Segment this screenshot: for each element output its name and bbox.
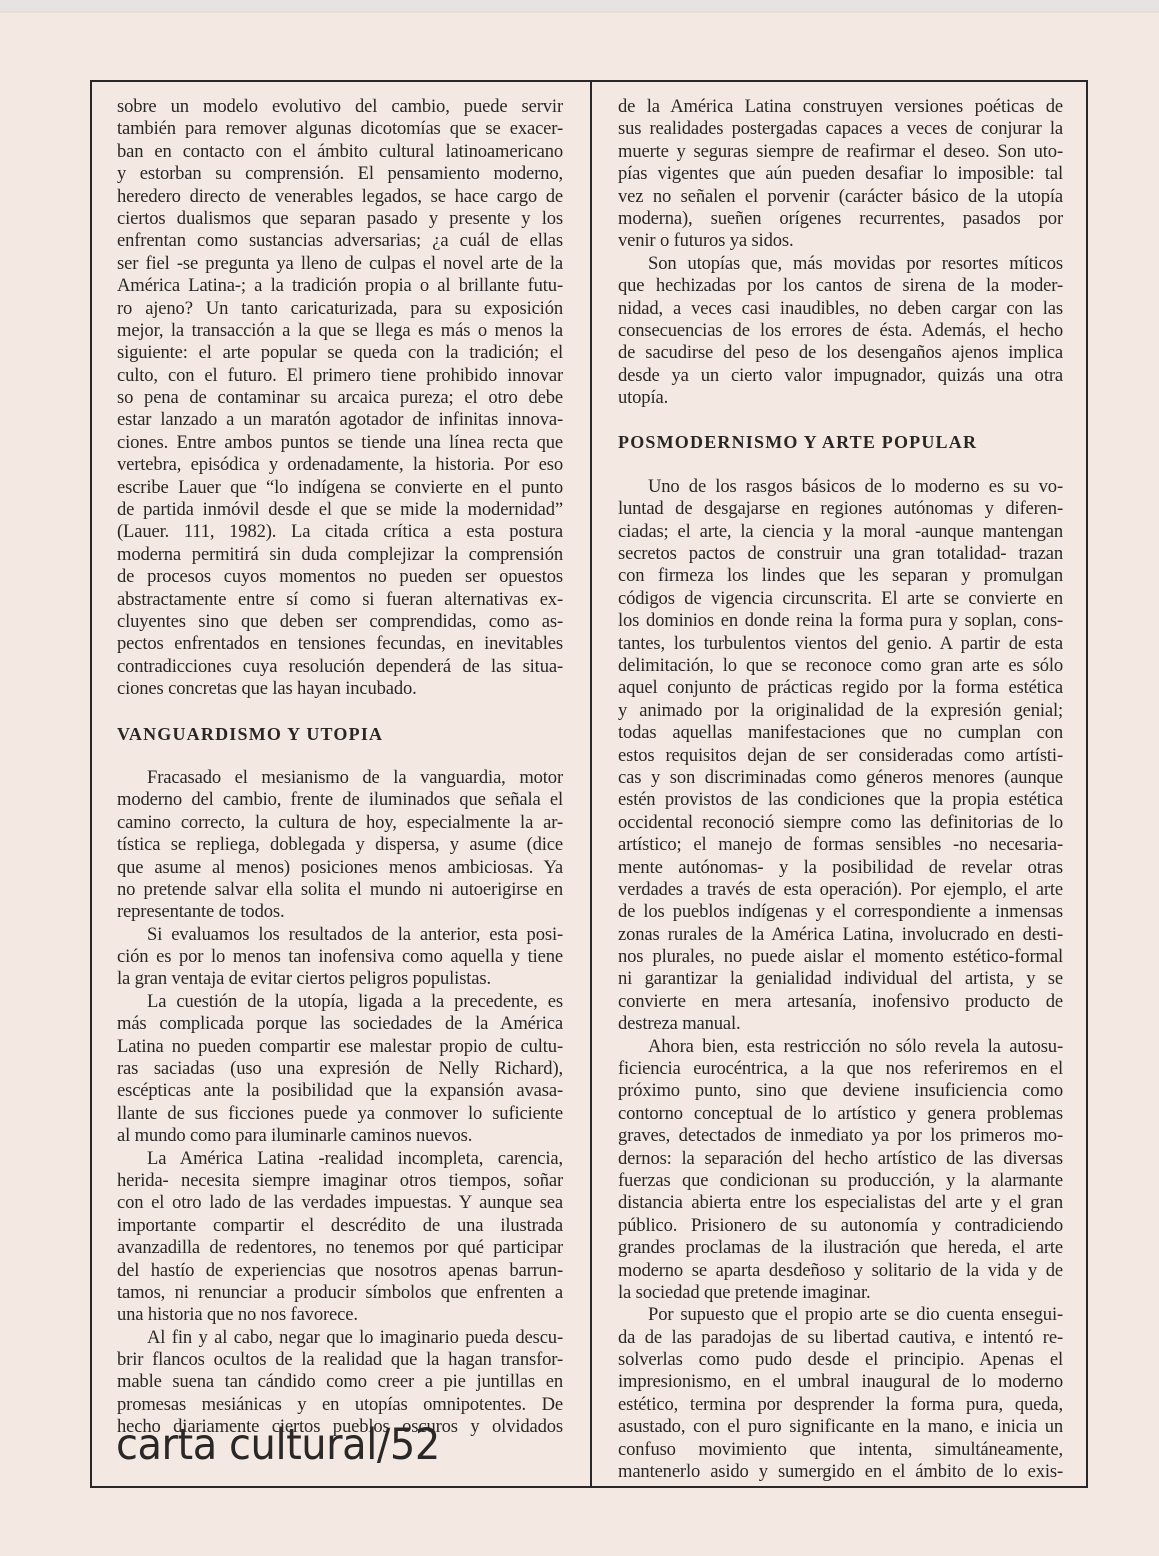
- text-line: al mundo como para iluminarle caminos nu…: [117, 1125, 563, 1147]
- text-line: Por supuesto que el propio arte se dio c…: [618, 1304, 1063, 1326]
- paragraph: de la América Latina construyen versione…: [618, 96, 1063, 253]
- paragraph: Son utopías que, más movidas por resorte…: [618, 253, 1063, 410]
- scan-top-margin: [0, 0, 1159, 11]
- section-heading: POSMODERNISMO Y ARTE POPULAR: [618, 431, 1063, 453]
- text-line: mente autónomas- y la posibilidad de rev…: [618, 857, 1063, 879]
- text-line: de la América Latina construyen versione…: [618, 96, 1063, 118]
- text-line: sus realidades postergadas capaces a vec…: [618, 118, 1063, 140]
- paragraph: Fracasado el mesianismo de la vanguardia…: [117, 767, 563, 924]
- text-line: tamos, ni renunciar a producir símbolos …: [117, 1282, 563, 1304]
- text-line: ban en contacto con el ámbito cultural l…: [117, 141, 563, 163]
- text-line: pías vigentes que aún pueden desafiar lo…: [618, 163, 1063, 185]
- text-line: occidental reconoció siempre como las de…: [618, 812, 1063, 834]
- text-line: códigos de vigencia circunscrita. El art…: [618, 588, 1063, 610]
- paragraph: La cuestión de la utopía, ligada a la pr…: [117, 991, 563, 1148]
- right-column: de la América Latina construyen versione…: [618, 96, 1063, 1483]
- text-line: verdades a través de esta operación). Po…: [618, 879, 1063, 901]
- text-line: avanzadilla de redentores, no tenemos po…: [117, 1237, 563, 1259]
- text-line: utopía.: [618, 387, 1063, 409]
- text-line: La cuestión de la utopía, ligada a la pr…: [117, 991, 563, 1013]
- text-line: camino correcto, la cultura de hoy, espe…: [117, 812, 563, 834]
- text-line: mantenerlo asido y sumergido en el ámbit…: [618, 1461, 1063, 1483]
- text-line: la gran ventaja de evitar ciertos peligr…: [117, 968, 563, 990]
- text-line: cas y son discriminadas como géneros men…: [618, 767, 1063, 789]
- text-line: pectos enfrentados en tensiones fecundas…: [117, 633, 563, 655]
- text-line: artístico; el manejo de formas sensibles…: [618, 834, 1063, 856]
- text-line: representante de todos.: [117, 901, 563, 923]
- section-spacer: [618, 409, 1063, 431]
- text-line: La América Latina -realidad incompleta, …: [117, 1148, 563, 1170]
- paragraph: Ahora bien, esta restricción no sólo rev…: [618, 1036, 1063, 1305]
- publication-footer: carta cultural/52: [116, 1420, 440, 1470]
- text-line: América Latina-; a la tradición propia o…: [117, 275, 563, 297]
- text-line: no pretende salvar ella solita el mundo …: [117, 879, 563, 901]
- text-line: fuerzas que condicionan su producción, y…: [618, 1170, 1063, 1192]
- section-spacer: [618, 454, 1063, 476]
- text-line: importante compartir el descrédito de un…: [117, 1215, 563, 1237]
- text-line: da de las paradojas de su libertad cauti…: [618, 1327, 1063, 1349]
- text-line: escépticas ante la posibilidad que la ex…: [117, 1080, 563, 1102]
- text-line: moderno se aparta desdeñoso y solitario …: [618, 1260, 1063, 1282]
- text-line: Uno de los rasgos básicos de lo moderno …: [618, 476, 1063, 498]
- text-line: enfrentan como sustancias adversarias; ¿…: [117, 230, 563, 252]
- text-line: público. Prisionero de su autonomía y co…: [618, 1215, 1063, 1237]
- text-line: y estorban su comprensión. El pensamient…: [117, 163, 563, 185]
- text-line: mable suena tan cándido como creer a pie…: [117, 1371, 563, 1393]
- text-line: más complicada porque las sociedades de …: [117, 1013, 563, 1035]
- text-line: delimitación, lo que se reconoce como gr…: [618, 655, 1063, 677]
- text-line: contorno conceptual de lo artístico y ge…: [618, 1103, 1063, 1125]
- text-line: solverlas como pudo desde el principio. …: [618, 1349, 1063, 1371]
- paragraph: La América Latina -realidad incompleta, …: [117, 1148, 563, 1327]
- text-line: que asume al menos) posiciones menos amb…: [117, 857, 563, 879]
- text-line: heredero directo de venerables legados, …: [117, 186, 563, 208]
- text-line: ficiencia eurocéntrica, a la que nos ref…: [618, 1058, 1063, 1080]
- text-line: consecuencias de los errores de ésta. Ad…: [618, 320, 1063, 342]
- text-line: sobre un modelo evolutivo del cambio, pu…: [117, 96, 563, 118]
- left-column: sobre un modelo evolutivo del cambio, pu…: [117, 96, 563, 1439]
- text-line: con el otro lado de las verdades impuest…: [117, 1192, 563, 1214]
- paragraph: Si evaluamos los resultados de la anteri…: [117, 924, 563, 991]
- text-line: graves, detectados de inmediato ya por l…: [618, 1125, 1063, 1147]
- text-line: con firmeza los lindes que les separan y…: [618, 565, 1063, 587]
- text-line: moderna permitirá sin duda complejizar l…: [117, 544, 563, 566]
- text-line: convierte en mera artesanía, inofensivo …: [618, 991, 1063, 1013]
- text-line: mejor, la transacción a la que se llega …: [117, 320, 563, 342]
- text-line: contradicciones cuya resolución depender…: [117, 656, 563, 678]
- text-line: y animado por la originalidad de la expr…: [618, 700, 1063, 722]
- page-top-edge: [0, 11, 1159, 13]
- text-line: ras saciadas (uso una expresión de Nelly…: [117, 1058, 563, 1080]
- text-line: también para remover algunas dicotomías …: [117, 118, 563, 140]
- text-line: todas aquellas manifestaciones que no cu…: [618, 722, 1063, 744]
- text-line: ser fiel -se pregunta ya lleno de culpas…: [117, 253, 563, 275]
- text-line: de los pueblos indígenas y el correspond…: [618, 901, 1063, 923]
- text-line: que hechizadas por los cantos de sirena …: [618, 275, 1063, 297]
- text-line: Fracasado el mesianismo de la vanguardia…: [117, 767, 563, 789]
- text-line: ro ajeno? Un tanto caricaturizada, para …: [117, 298, 563, 320]
- text-line: secretos pactos de construir una gran to…: [618, 543, 1063, 565]
- text-line: ciones. Entre ambos puntos se tiende una…: [117, 432, 563, 454]
- text-line: siguiente: el arte popular se queda con …: [117, 342, 563, 364]
- text-line: vertebra, episódica y ordenadamente, la …: [117, 454, 563, 476]
- text-line: estar lanzado a un maratón agotador de i…: [117, 409, 563, 431]
- text-line: los dominios en donde reina la forma pur…: [618, 610, 1063, 632]
- text-line: impresionismo, en el umbral inaugural de…: [618, 1371, 1063, 1393]
- text-line: estético, termina por desprender la form…: [618, 1394, 1063, 1416]
- text-line: grandes proclamas de la ilustración que …: [618, 1237, 1063, 1259]
- text-line: moderna), sueñen orígenes recurrentes, p…: [618, 208, 1063, 230]
- text-line: luntad de desgajarse en regiones autónom…: [618, 498, 1063, 520]
- text-line: una historia que no nos favorece.: [117, 1304, 563, 1326]
- text-line: ciadas; el arte, la ciencia y la moral -…: [618, 521, 1063, 543]
- column-divider: [590, 80, 592, 1488]
- text-line: zonas rurales de la América Latina, invo…: [618, 924, 1063, 946]
- text-line: nos plurales, no puede aislar el momento…: [618, 946, 1063, 968]
- text-line: de procesos cuyos momentos no pueden ser…: [117, 566, 563, 588]
- text-line: moderno del cambio, frente de iluminados…: [117, 789, 563, 811]
- text-line: Ahora bien, esta restricción no sólo rev…: [618, 1036, 1063, 1058]
- text-line: Son utopías que, más movidas por resorte…: [618, 253, 1063, 275]
- text-line: tantes, los turbulentos vientos del geni…: [618, 633, 1063, 655]
- text-line: brir flancos ocultos de la realidad que …: [117, 1349, 563, 1371]
- text-line: dernos: la separación del hecho artístic…: [618, 1148, 1063, 1170]
- text-line: confuso movimiento que intenta, simultán…: [618, 1439, 1063, 1461]
- text-line: culto, con el futuro. El primero tiene p…: [117, 365, 563, 387]
- text-line: Al fin y al cabo, negar que lo imaginari…: [117, 1327, 563, 1349]
- paragraph: Uno de los rasgos básicos de lo moderno …: [618, 476, 1063, 1036]
- text-line: Si evaluamos los resultados de la anteri…: [117, 924, 563, 946]
- text-line: escribe Lauer que “lo indígena se convie…: [117, 477, 563, 499]
- text-line: tística se repliega, doblegada y dispers…: [117, 834, 563, 856]
- text-line: muerte y seguras siempre de reafirmar el…: [618, 141, 1063, 163]
- text-line: promesas mesiánicas y en utopías omnipot…: [117, 1394, 563, 1416]
- section-spacer: [117, 745, 563, 767]
- text-line: ciertos dualismos que separan pasado y p…: [117, 208, 563, 230]
- text-line: de sacudirse del peso de los desengaños …: [618, 342, 1063, 364]
- text-line: cluyentes sino que deben ser comprendida…: [117, 611, 563, 633]
- text-line: nidad, a veces casi inaudibles, no deben…: [618, 298, 1063, 320]
- text-line: de partida inmóvil desde el que se mide …: [117, 499, 563, 521]
- text-line: Latina no pueden compartir ese malestar …: [117, 1036, 563, 1058]
- text-line: estos requisitos dejan de ser considerad…: [618, 745, 1063, 767]
- text-line: desde ya un cierto valor impugnador, qui…: [618, 365, 1063, 387]
- text-line: vez no señalen el porvenir (carácter bás…: [618, 186, 1063, 208]
- text-line: herida- necesita siempre imaginar otros …: [117, 1170, 563, 1192]
- text-line: venir o futuros ya sidos.: [618, 230, 1063, 252]
- text-line: ciones concretas que las hayan incubado.: [117, 678, 563, 700]
- text-line: ni garantizar la genialidad individual d…: [618, 968, 1063, 990]
- text-line: distancia abierta entre los especialista…: [618, 1192, 1063, 1214]
- section-spacer: [117, 701, 563, 723]
- text-line: asustado, con el puro significante en la…: [618, 1416, 1063, 1438]
- text-line: estén provistos de las condiciones que l…: [618, 789, 1063, 811]
- text-line: aquel conjunto de prácticas regido por l…: [618, 677, 1063, 699]
- text-line: la sociedad que pretende imaginar.: [618, 1282, 1063, 1304]
- text-line: destreza manual.: [618, 1013, 1063, 1035]
- text-line: (Lauer. 111, 1982). La citada crítica a …: [117, 521, 563, 543]
- paragraph: sobre un modelo evolutivo del cambio, pu…: [117, 96, 563, 701]
- text-line: próximo punto, sino que deviene insufici…: [618, 1080, 1063, 1102]
- paragraph: Por supuesto que el propio arte se dio c…: [618, 1304, 1063, 1483]
- text-line: abstractamente entre sí como si fueran a…: [117, 589, 563, 611]
- text-line: so pena de contaminar su arcaica pureza;…: [117, 387, 563, 409]
- text-line: ción es por lo menos tan inofensiva como…: [117, 946, 563, 968]
- text-line: del hastío de experiencias que nosotros …: [117, 1260, 563, 1282]
- text-line: llante de sus ficciones puede ya conmove…: [117, 1103, 563, 1125]
- section-heading: VANGUARDISMO Y UTOPIA: [117, 723, 563, 745]
